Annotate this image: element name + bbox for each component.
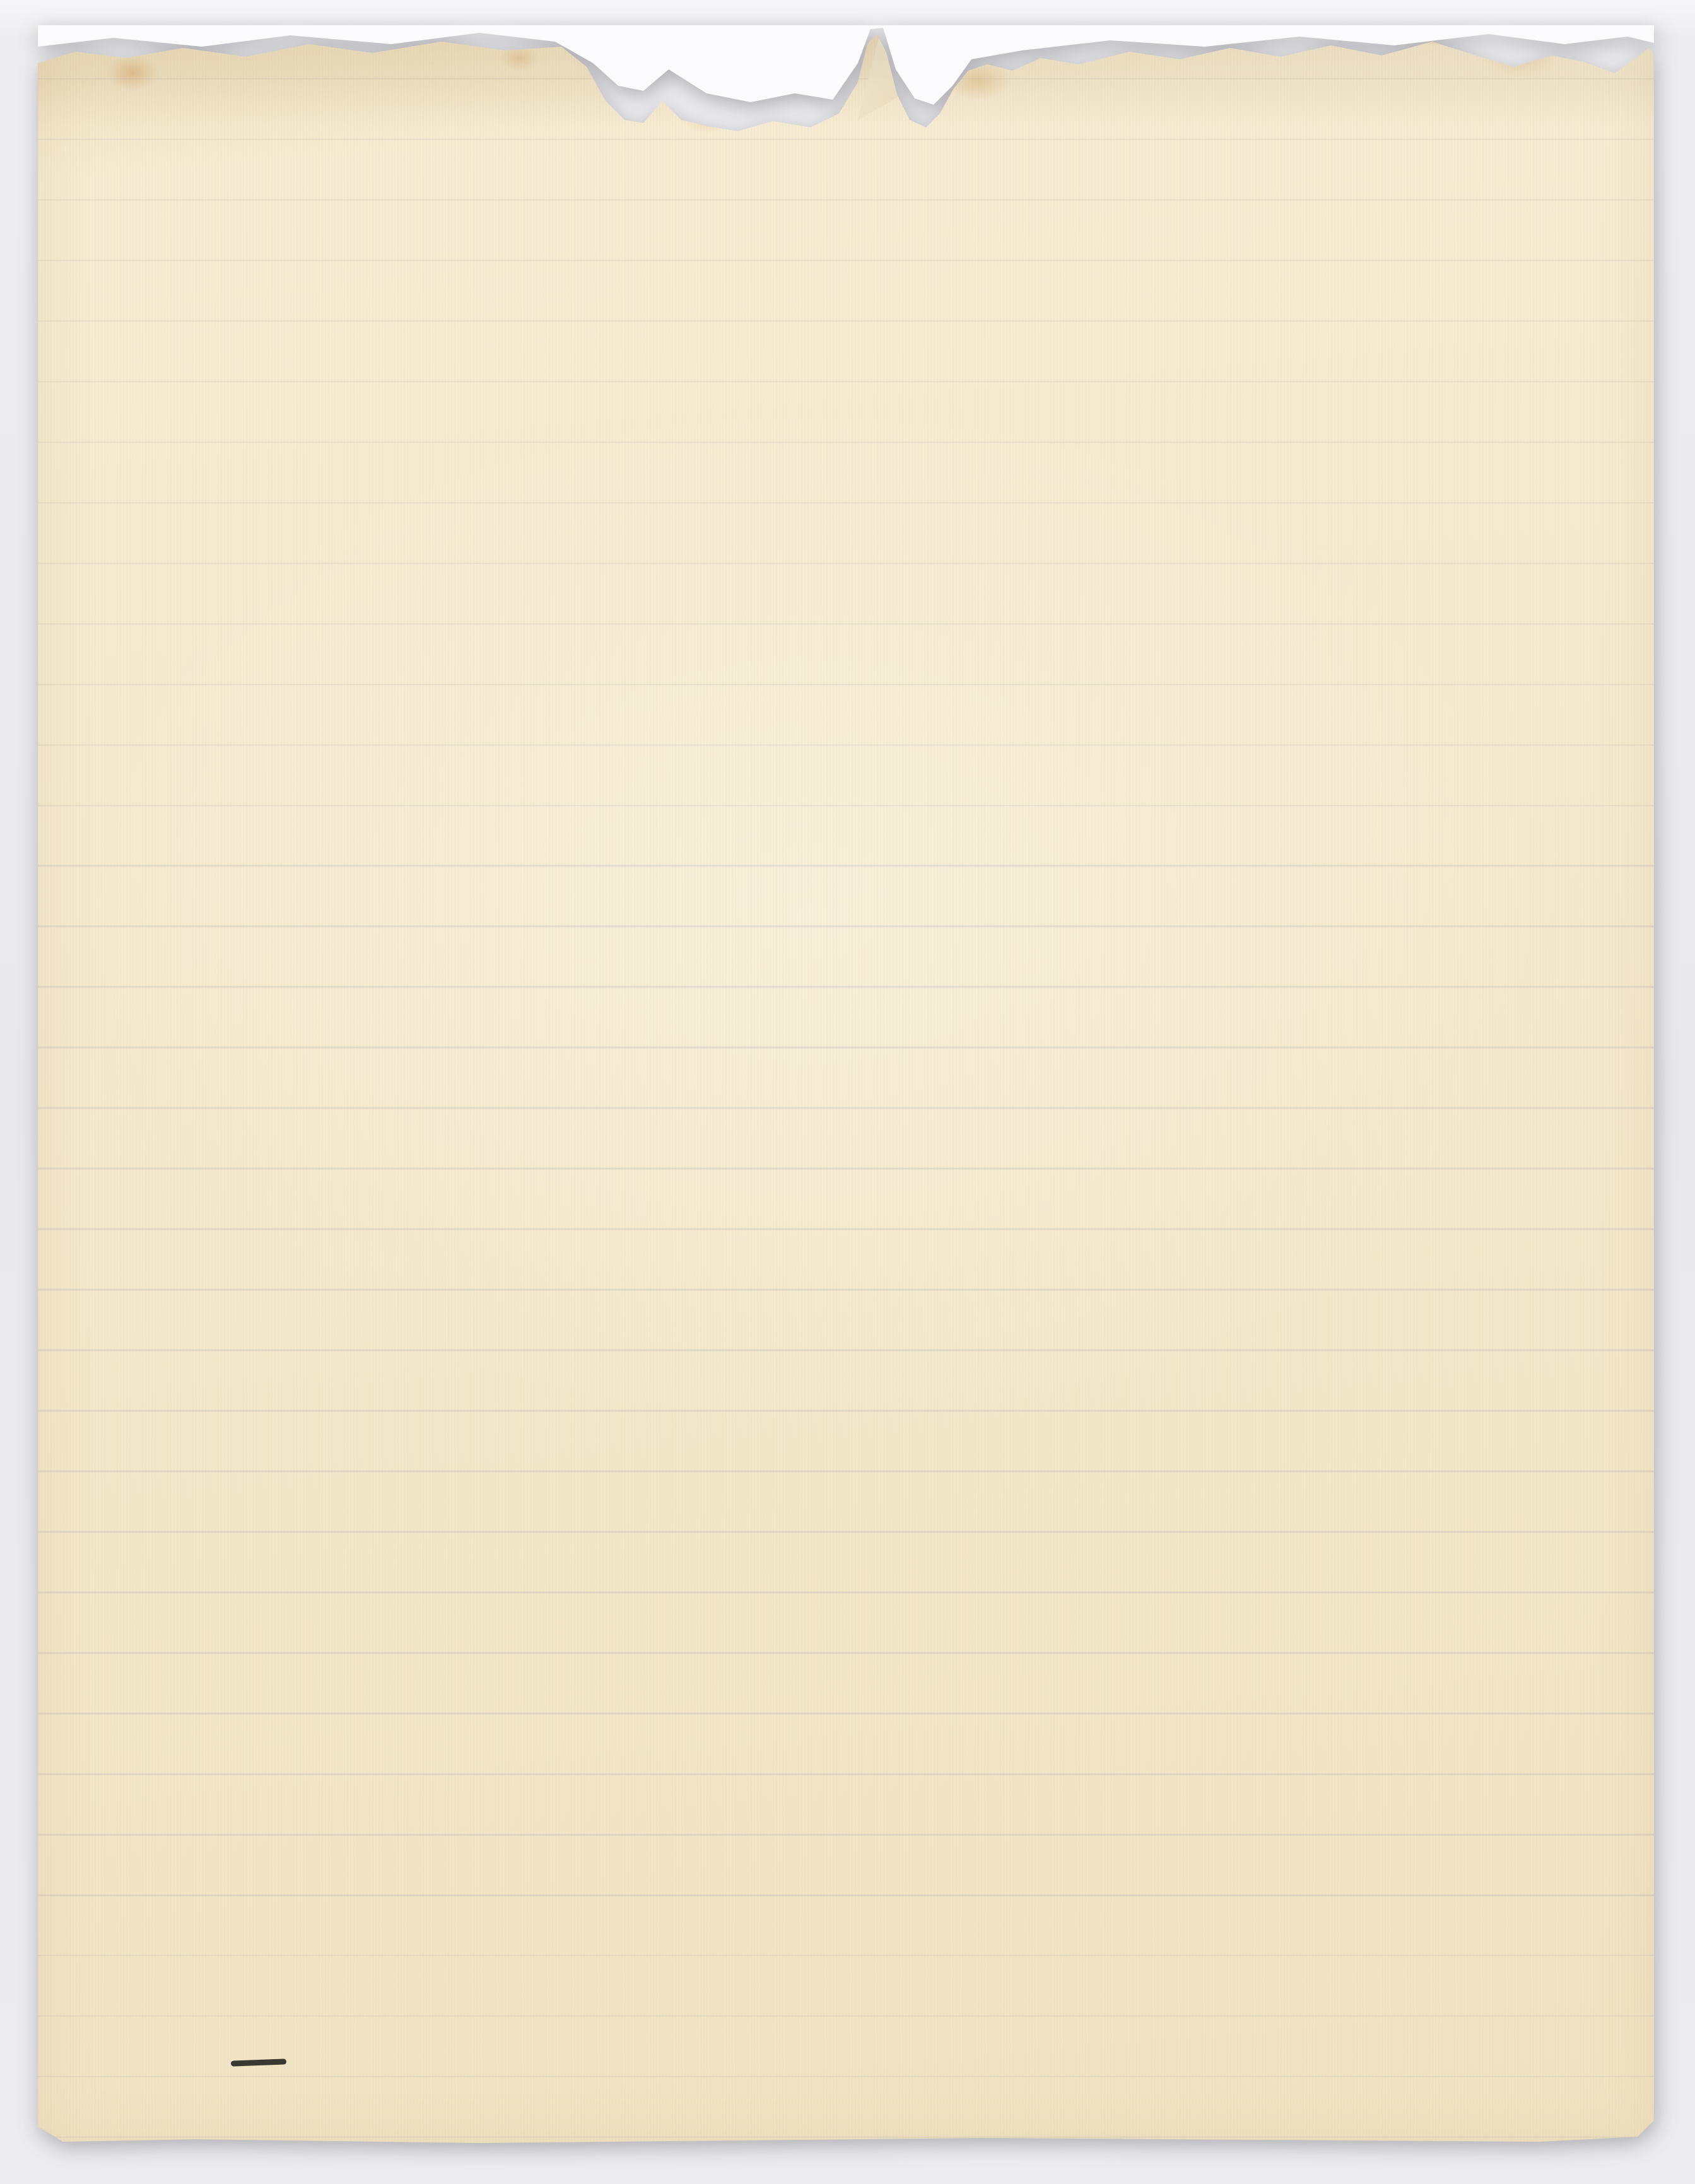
- letter-sheet: [38, 25, 1654, 2149]
- scanned-letter-page: { "annotations": { "archival_number": "1…: [0, 0, 1695, 2184]
- letter-paper: [38, 25, 1654, 2147]
- footnote-separator-dash: [231, 2058, 286, 2066]
